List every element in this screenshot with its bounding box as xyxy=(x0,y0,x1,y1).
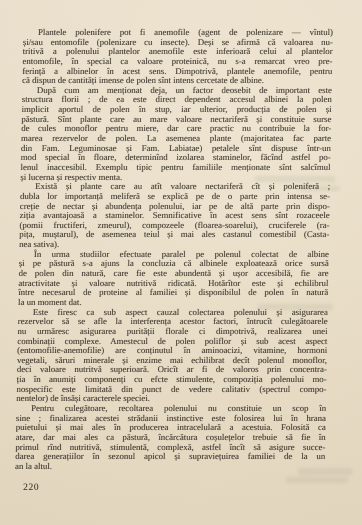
book-page: Plantele polenifere pot fi anemofile (ag… xyxy=(0,0,362,525)
page-number: 220 xyxy=(23,483,39,493)
text-line: darea generațiilor în sezonul apicol și … xyxy=(15,452,325,462)
paragraph: După cum am menționat deja, un factor de… xyxy=(20,86,332,182)
text-line: pița, muștarul), de asemenea teiul și ma… xyxy=(19,230,329,240)
text-line: an la altul. xyxy=(15,462,325,472)
paragraph: Există și plante care au atît valoare ne… xyxy=(19,182,330,249)
page-body: Plantele polenifere pot fi anemofile (ag… xyxy=(15,28,333,471)
paragraph: Pentru culegătoare, recoltarea polenului… xyxy=(15,404,326,471)
bleed-through-mark xyxy=(286,477,348,483)
paragraph: În urma studiilor efectuate paralel pe p… xyxy=(18,250,329,308)
paragraph: Este firesc ca sub aspect cauzal colecta… xyxy=(16,308,328,404)
paragraph: Plantele polenifere pot fi anemofile (ag… xyxy=(22,28,333,86)
